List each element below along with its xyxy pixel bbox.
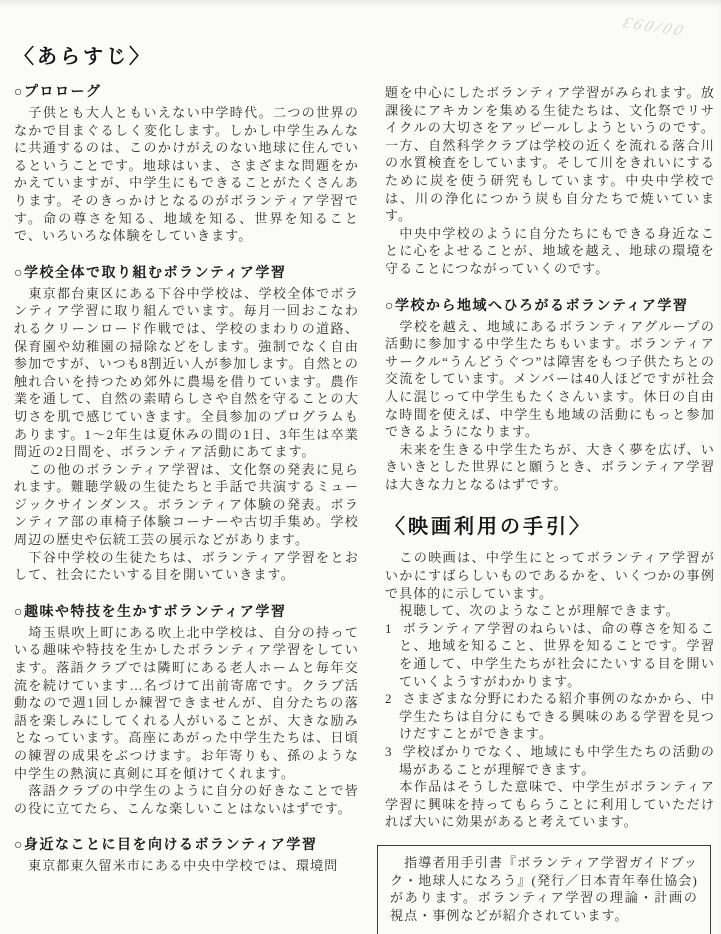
film-guide-heading: 〈映画利用の手引〉 [385,510,715,539]
item-number: 2 [385,691,393,706]
section-familiar-things: ○身近なことに目を向けるボランティア学習 東京都東久留米市にある中央中学校では、… [14,834,359,875]
paragraph: 未来を生きる中学生たちが、大きく夢を広げ、いきいきとした世界にと願うとき、ボラン… [385,441,715,494]
two-column-layout: 〈あらすじ〉 ○プロローグ 子供とも大人ともいえない中学時代。二つの世界のなかで… [0,0,721,934]
section-community: ○学校から地域へひろがるボランティア学習 学校を越え、地域にあるボランティアグル… [385,295,715,494]
paragraph: 東京都台東区にある下谷中学校は、学校全体でボランティア学習に取り組んでいます。毎… [14,285,359,461]
paragraph: 視聴して、次のようなことが理解できます。 [385,602,715,620]
paragraph: 学校を越え、地域にあるボランティアグループの活動に参加する中学生たちもいます。ボ… [385,318,715,441]
section-prologue: ○プロローグ 子供とも大人ともいえない中学時代。二つの世界のなかで目まぐるしく変… [14,81,359,245]
paragraph: 下谷中学校の生徒たちは、ボランティア学習をとおして、社会にたいする目を開いていき… [14,549,359,584]
item-text: 学校ばかりでなく、地域にも中学生たちの活動の場があることが理解できます。 [399,744,715,777]
item-text: さまざまな分野にわたる紹介事例のなかから、中学生たちは自分にもできる興味のある学… [399,691,715,741]
paragraph: この他のボランティア学習は、文化祭の発表に見られます。難聴学級の生徒たちと手話で… [14,461,359,549]
community-heading: ○学校から地域へひろがるボランティア学習 [385,295,715,315]
item-text: ボランティア学習のねらいは、命の尊さを知ること、地域を知ること、世界を知ることで… [399,621,715,689]
section-school-wide: ○学校全体で取り組むボランティア学習 東京都台東区にある下谷中学校は、学校全体で… [14,262,359,584]
familiar-things-heading: ○身近なことに目を向けるボランティア学習 [14,834,359,854]
left-column: 〈あらすじ〉 ○プロローグ 子供とも大人ともいえない中学時代。二つの世界のなかで… [14,40,359,934]
paragraph: 中央中学校のように自分たちにもできる身近なことに心をよせることが、地域を越え、地… [385,225,715,278]
paragraph: 埼玉県吹上町にある吹上北中学校は、自分の持っている趣味や特技を生かしたボランティ… [14,624,359,782]
continuation-paragraph: 題を中心にしたボランティア学習がみられます。放課後にアキカンを集める生徒たちは、… [385,84,715,225]
section-familiar-things-continuation: 題を中心にしたボランティア学習がみられます。放課後にアキカンを集める生徒たちは、… [385,84,715,278]
item-number: 3 [385,744,393,759]
paragraph: この映画は、中学生にとってボランティア学習がいかにすばらしいものであるかを、いく… [385,549,715,602]
synopsis-heading: 〈あらすじ〉 [14,40,359,69]
closing-paragraph: 本作品はそうした意味で、中学生がボランティア学習に興味を持ってもらうことに利用し… [385,778,715,831]
school-wide-heading: ○学校全体で取り組むボランティア学習 [14,262,359,282]
boxed-note-text: 指導者用手引書『ボランティア学習ガイドブック・地球人になろう』(発行／日本青年奉… [390,854,698,924]
prologue-heading: ○プロローグ [14,81,359,101]
guide-box: 指導者用手引書『ボランティア学習ガイドブック・地球人になろう』(発行／日本青年奉… [377,845,711,934]
numbered-item: 2さまざまな分野にわたる紹介事例のなかから、中学生たちは自分にもできる興味のある… [385,690,715,743]
item-number: 1 [385,621,393,636]
paragraph: 子供とも大人ともいえない中学時代。二つの世界のなかで目まぐるしく変化します。しか… [14,104,359,245]
hobby-skills-heading: ○趣味や特技を生かすボランティア学習 [14,601,359,621]
numbered-item: 1ボランティア学習のねらいは、命の尊さを知ること、地域を知ること、世界を知ること… [385,620,715,690]
section-hobby-skills: ○趣味や特技を生かすボランティア学習 埼玉県吹上町にある吹上北中学校は、自分の持… [14,601,359,818]
scanned-document-page: 00/093 〈あらすじ〉 ○プロローグ 子供とも大人ともいえない中学時代。二つ… [0,0,721,934]
paragraph: 落語クラブの中学生のように自分の好きなことで皆の役に立てたら、こんな楽しいことは… [14,782,359,817]
numbered-item: 3学校ばかりでなく、地域にも中学生たちの活動の場があることが理解できます。 [385,743,715,778]
right-column: 題を中心にしたボランティア学習がみられます。放課後にアキカンを集める生徒たちは、… [385,40,715,934]
paragraph: 東京都東久留米市にある中央中学校では、環境問 [14,857,359,875]
section-film-guide: 〈映画利用の手引〉 この映画は、中学生にとってボランティア学習がいかにすばらしい… [385,510,715,934]
